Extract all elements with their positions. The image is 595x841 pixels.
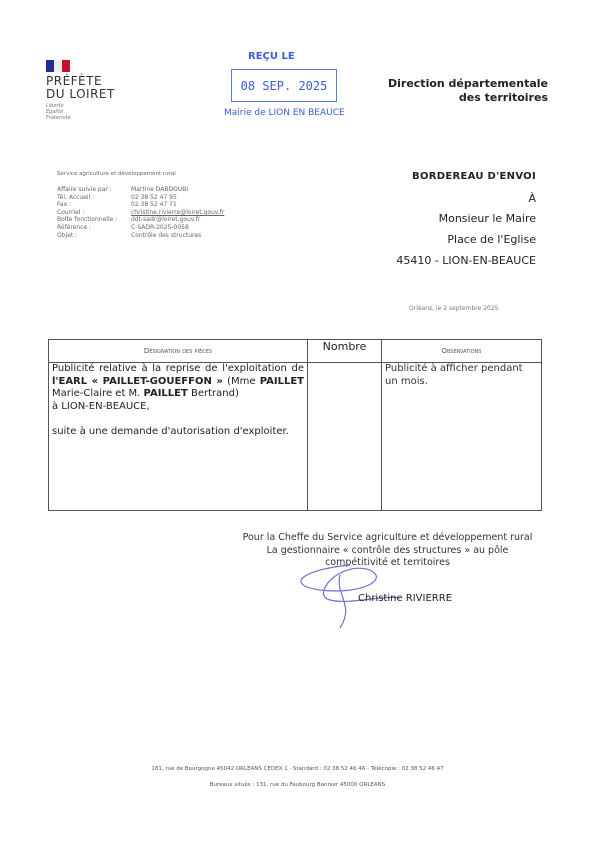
motto-fraternite: Fraternité <box>46 115 71 121</box>
handwritten-signature <box>280 550 410 630</box>
direction-line2: des territoires <box>388 91 548 105</box>
table-row: Publicité relative à la reprise de l'exp… <box>49 363 542 511</box>
recipient-to: À <box>528 192 536 205</box>
service-name: Service agriculture et développement rur… <box>57 171 176 177</box>
recipient-name: Monsieur le Maire <box>439 212 536 225</box>
footer-address: 181, rue de Bourgogne 45042 ORLEANS CEDE… <box>0 766 595 772</box>
info-row: Fax :02 38 52 47 71 <box>57 201 224 209</box>
info-row: Boîte fonctionnelle :ddt-sadr@loiret.gou… <box>57 216 224 224</box>
cell-designation: Publicité relative à la reprise de l'exp… <box>49 363 308 511</box>
signatory-name: Christine RIVIERRE <box>358 593 452 604</box>
date-line: Orléans, le 2 septembre 2025 <box>409 305 498 312</box>
republic-motto: Liberté Égalité Fraternité <box>46 103 71 121</box>
recipient-street: Place de l'Eglise <box>447 233 536 246</box>
email-link[interactable]: christine.rivierre@loiret.gouv.fr <box>131 209 224 216</box>
direction-line1: Direction départementale <box>388 77 548 91</box>
info-row: Affaire suivie par :Martine DABDOUBI <box>57 186 224 194</box>
header-observations: Observations <box>382 340 542 363</box>
document-type: BORDEREAU D'ENVOI <box>412 171 536 182</box>
header-nombre: Nombre <box>308 340 382 363</box>
info-row: Objet :Contrôle des structures <box>57 232 224 240</box>
signature-line1: Pour la Cheffe du Service agriculture et… <box>240 532 535 545</box>
prefecture-title: PRÉFÈTE DU LOIRET <box>46 75 115 101</box>
stamp-place: Mairie de LION EN BEAUCE <box>224 108 345 118</box>
table-header-row: Désignation des pièces Nombre Observatio… <box>49 340 542 363</box>
cell-nombre <box>308 363 382 511</box>
info-row: Tél. Accueil :02 38 52 47 95 <box>57 194 224 202</box>
marianne-logo <box>46 60 70 72</box>
footer-offices: Bureaux situés : 131, rue du Faubourg Ba… <box>0 782 595 788</box>
cell-observation: Publicité à afficher pendant un mois. <box>382 363 542 511</box>
recipient-city: 45410 - LION-EN-BEAUCE <box>396 254 536 267</box>
stamp-date-box: 08 SEP. 2025 <box>231 69 337 102</box>
info-row: Référence :C-SADR-2025-0058 <box>57 224 224 232</box>
pieces-table: Désignation des pièces Nombre Observatio… <box>48 339 542 511</box>
prefecture-title-line2: DU LOIRET <box>46 88 115 101</box>
sender-info: Affaire suivie par :Martine DABDOUBI Tél… <box>57 186 224 239</box>
stamp-title: REÇU LE <box>248 51 295 62</box>
direction-title: Direction départementale des territoires <box>388 77 548 105</box>
info-row: Courriel :christine.rivierre@loiret.gouv… <box>57 209 224 217</box>
stamp-date: 08 SEP. 2025 <box>241 79 328 93</box>
header-designation: Désignation des pièces <box>49 340 308 363</box>
